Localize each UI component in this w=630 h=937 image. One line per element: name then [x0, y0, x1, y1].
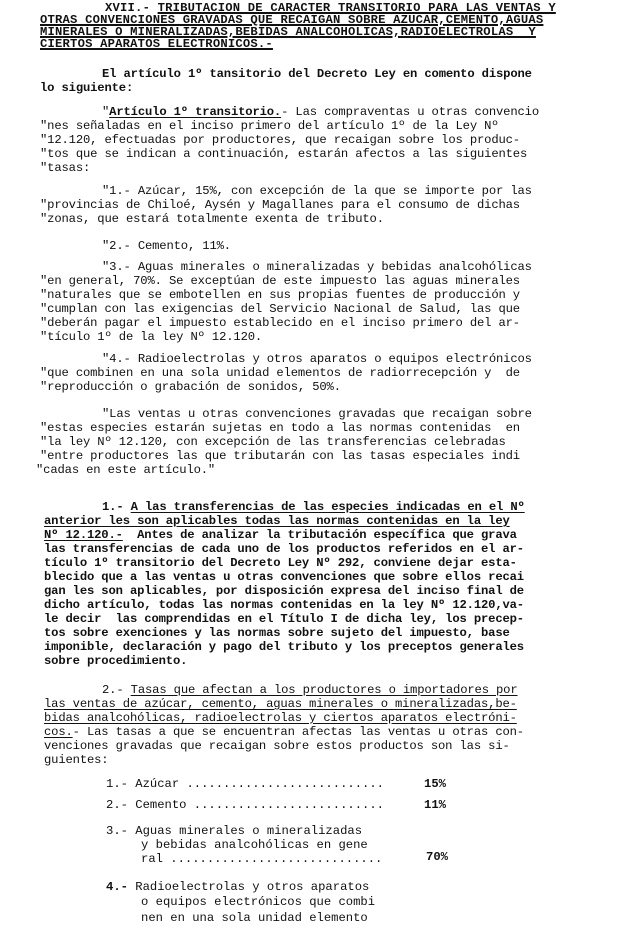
rate-item: 4.- Radioelectrolas y otros aparatos [106, 881, 369, 895]
rate-label: Cemento .......................... [135, 798, 384, 812]
rate-label-cont: o equipos electrónicos que combi [141, 896, 375, 910]
rate-number: 1.- [106, 777, 128, 791]
quote-heading: Artículo 1º transitorio. [109, 105, 281, 119]
point1-body-first: Antes de analizar la tributación específ… [123, 528, 517, 542]
quote-item4-line: "4.- Radioelectrolas y otros aparatos o … [102, 353, 532, 367]
point1-heading-text: A las transferencias de las especies ind… [131, 500, 525, 514]
rate-item: 1.- Azúcar ........................... [106, 778, 384, 792]
quote-closing-line: "estas especies estarán sujetas en todo … [40, 422, 520, 436]
quote-line: "tasas: [40, 162, 90, 176]
rate-value: 70% [426, 851, 448, 865]
point1-body-line: dicho artículo, todas las normas conteni… [44, 599, 524, 613]
intro-line-2: lo siguiente: [40, 82, 133, 96]
point1-number: 1.- [102, 500, 124, 514]
quote-item1-line: "provincias de Chiloé, Aysén y Magallane… [40, 199, 520, 213]
point2-body-line: guientes: [44, 754, 108, 768]
rate-label-cont: y bebidas analcohólicas en gene [141, 839, 368, 853]
point2-heading-line-1: 2.- Tasas que afectan a los productores … [102, 684, 518, 698]
rate-label: Azúcar ........................... [135, 777, 384, 791]
intro-line-1: El artículo 1º tansitorio del Decreto Le… [102, 68, 532, 82]
rate-value: 11% [424, 799, 446, 813]
quote-item1-line: "zonas, que estará totalmente exenta de … [40, 213, 384, 227]
point1-body-line: imponible, declaración y pago del tribut… [44, 641, 524, 655]
point1-body-line: le decir las comprendidas en el Título I… [44, 613, 524, 627]
point1-body-line: sobre procedimiento. [44, 655, 187, 669]
rate-number: 2.- [106, 798, 128, 812]
document-page: XVII.- TRIBUTACION DE CARACTER TRANSITOR… [0, 0, 630, 937]
quote-item3-line: "naturales que se embotellen en sus prop… [40, 289, 520, 303]
rate-item: 3.- Aguas minerales o mineralizadas [106, 825, 362, 839]
rate-number: 4.- [106, 880, 128, 894]
point1-heading-line-2: anterior les son aplicables todas las no… [44, 515, 510, 529]
quote-item4-line: "que combinen en una sola unidad element… [40, 367, 520, 381]
quote-first-line-rest: - Las compraventas u otras convencio [281, 105, 539, 119]
point1-heading-line-1: 1.- A las transferencias de las especies… [102, 501, 525, 515]
quote-line: "12.120, efectuadas por productores, que… [40, 134, 520, 148]
quote-line: "tos que se indican a continuación, esta… [40, 148, 527, 162]
point2-number: 2.- [102, 683, 124, 697]
point2-heading-line-4: cos.- Las tasas a que se encuentran afec… [44, 726, 524, 740]
quote-item3-line: "deberán pagar el impuesto establecido e… [40, 317, 520, 331]
quote-item3-line: "en general, 70%. Se exceptúan de este i… [40, 275, 520, 289]
quote-item3-line: "3.- Aguas minerales o mineralizadas y b… [102, 261, 532, 275]
rate-label-cont: ral ............................. [141, 853, 382, 867]
point2-heading-line-2: las ventas de azúcar, cemento, aguas min… [44, 698, 517, 712]
quote-closing-line: "Las ventas u otras convenciones gravada… [102, 408, 532, 422]
point2-body-first: - Las tasas a que se encuentran afectas … [73, 725, 524, 739]
section-title-line-4: CIERTOS APARATOS ELECTRONICOS.- [40, 38, 273, 52]
quote-closing-line: "la ley Nº 12.120, con excepción de las … [40, 436, 506, 450]
quote-item3-line: "tículo 1º de la ley Nº 12.120. [40, 331, 262, 345]
point1-body-line: blecido que a las ventas u otras convenc… [44, 571, 524, 585]
rate-item: 2.- Cemento .......................... [106, 799, 384, 813]
point1-body-line: tos sobre exenciones y las normas sobre … [44, 627, 510, 641]
rate-value: 15% [424, 778, 446, 792]
rate-label: Aguas minerales o mineralizadas [135, 824, 362, 838]
quote-item4-line: "reproducción o grabación de sonidos, 50… [40, 381, 341, 395]
quote-item1-line: "1.- Azúcar, 15%, con excepción de la qu… [102, 185, 532, 199]
quote-item3-line: "cumplan con las exigencias del Servicio… [40, 303, 520, 317]
point1-body-line: las transferencias de cada uno de los pr… [44, 543, 524, 557]
quote-closing-line: "cadas en este artículo." [36, 464, 215, 478]
rate-label-cont: nen en una sola unidad elemento [141, 912, 368, 926]
point2-heading-line-3: bidas analcohólicas, radioelectrolas y c… [44, 712, 517, 726]
point1-body-line: gan les son aplicables, por disposición … [44, 585, 524, 599]
point1-body-line: tículo 1º transitorio del Decreto Ley Nº… [44, 557, 517, 571]
quote-closing-line: "entre productores las que tributarán co… [40, 450, 520, 464]
point2-body-line: venciones gravadas que recaigan sobre es… [44, 740, 510, 754]
rate-number: 3.- [106, 824, 128, 838]
point1-heading-text: Nº 12.120.- [44, 528, 123, 542]
point2-heading-text: Tasas que afectan a los productores o im… [131, 683, 518, 697]
quote-item2-line: "2.- Cemento, 11%. [102, 240, 231, 254]
quote-line: "nes señaladas en el inciso primero del … [40, 120, 498, 134]
rate-label: Radioelectrolas y otros aparatos [135, 880, 369, 894]
point1-heading-line-3: Nº 12.120.- Antes de analizar la tributa… [44, 529, 517, 543]
point2-heading-text: cos. [44, 725, 73, 739]
quote-heading-line: "Artículo 1º transitorio.- Las compraven… [102, 106, 539, 120]
